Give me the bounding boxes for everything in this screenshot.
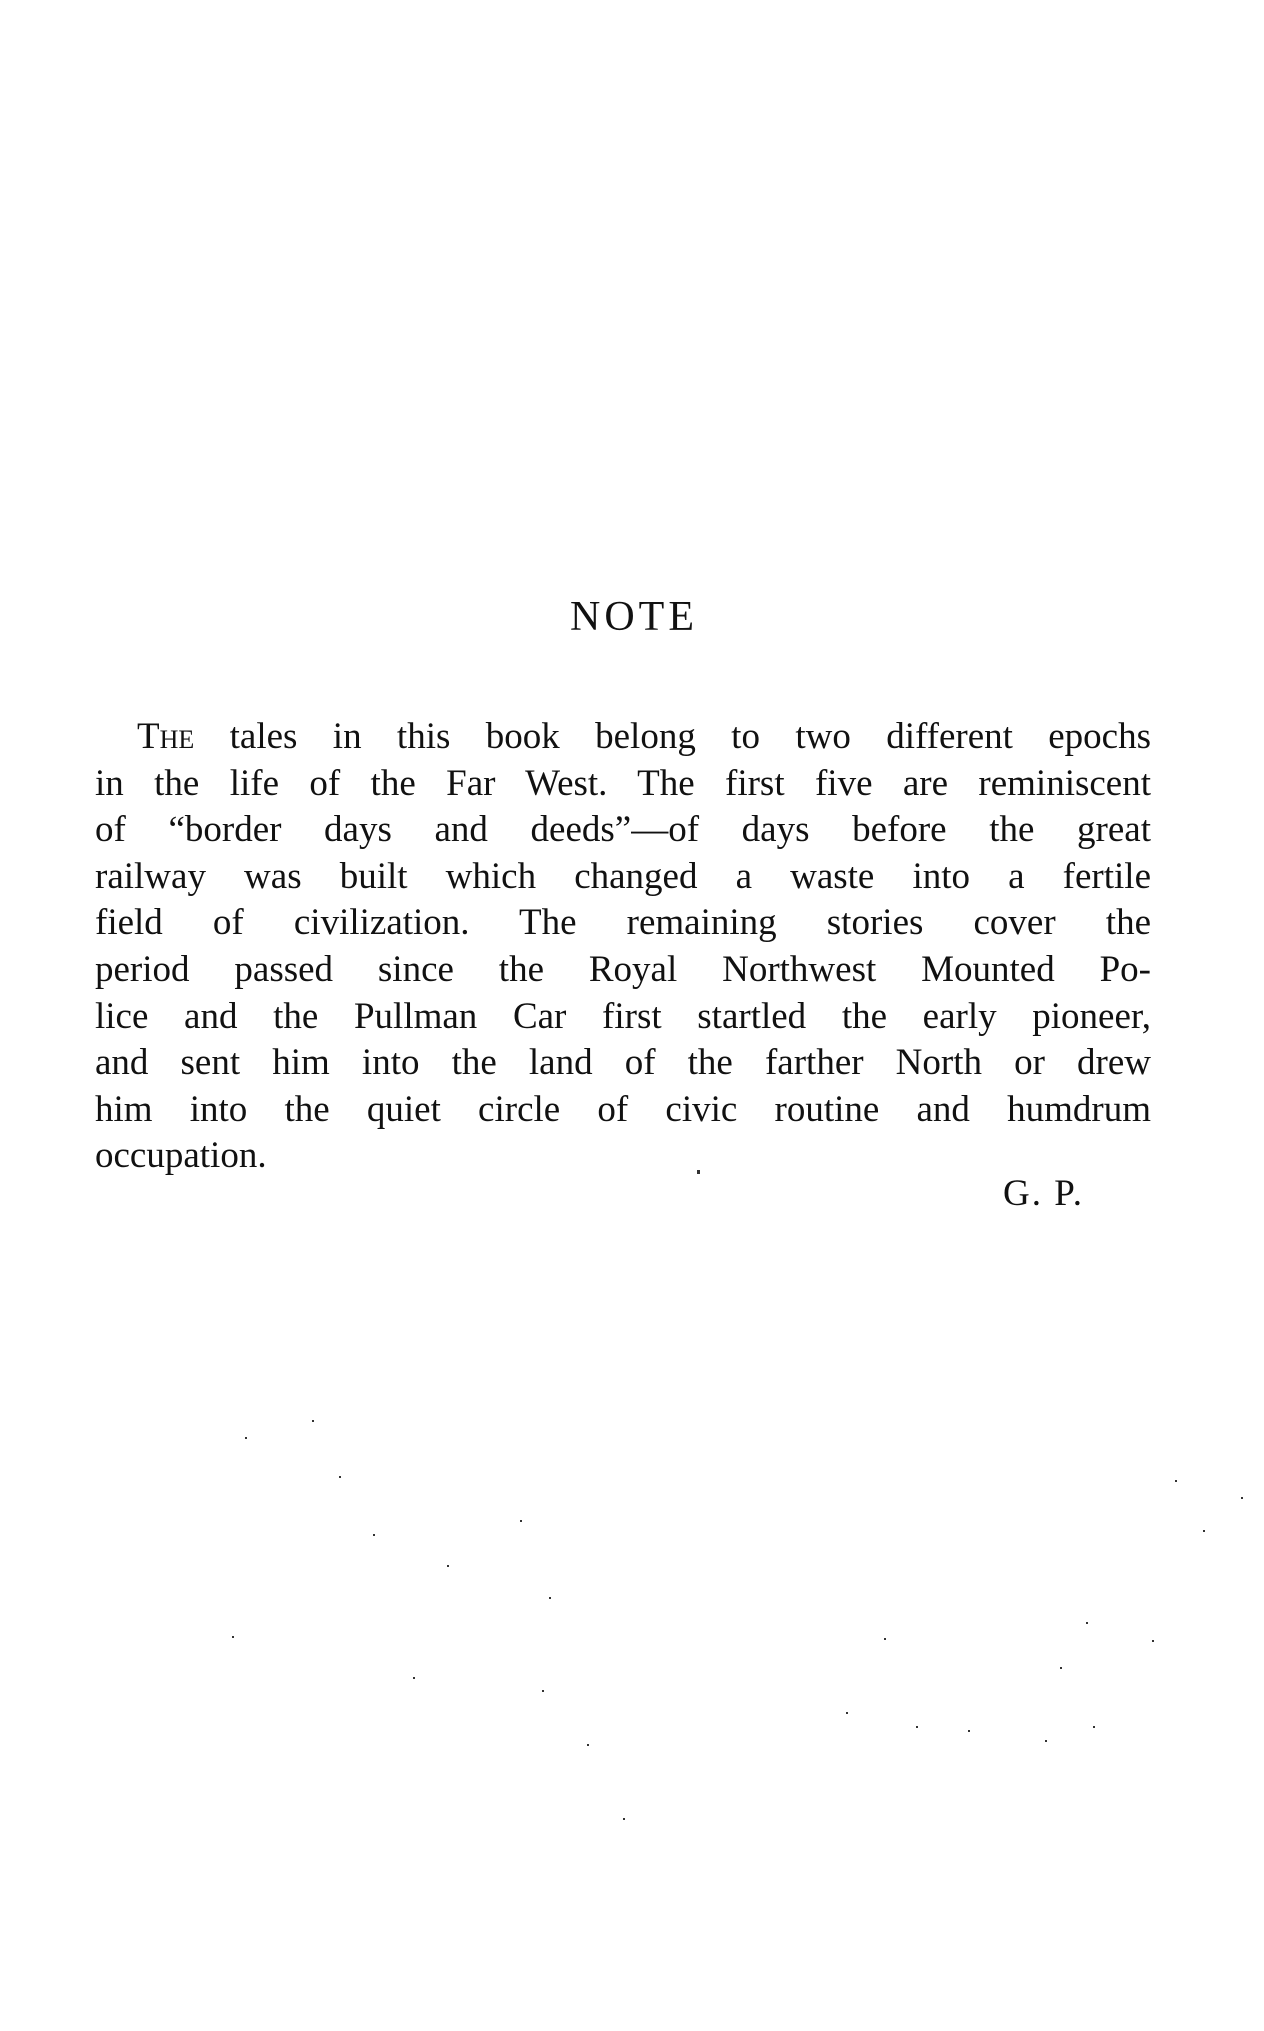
scan-speck — [413, 1677, 415, 1679]
scan-speck — [1045, 1740, 1047, 1742]
line-text: tales in this book belong to two differe… — [194, 716, 1151, 757]
lead-word-smallcaps: The — [137, 716, 194, 757]
scan-speck — [520, 1520, 522, 1522]
paragraph-line: in the life of the Far West. The first f… — [95, 761, 1151, 808]
scan-speck — [339, 1476, 341, 1478]
scan-speck — [1086, 1622, 1088, 1624]
paragraph-line: of “border days and deeds”—of days befor… — [95, 807, 1151, 854]
scan-speck — [968, 1730, 970, 1732]
note-paragraph: The tales in this book belong to two dif… — [95, 714, 1151, 1180]
scan-speck — [1093, 1726, 1095, 1728]
paragraph-line: lice and the Pullman Car first startled … — [95, 994, 1151, 1041]
paragraph-line: period passed since the Royal Northwest … — [95, 947, 1151, 994]
scan-speck — [846, 1712, 848, 1714]
scan-speck — [1175, 1480, 1177, 1482]
scan-speck — [884, 1638, 886, 1640]
paragraph-line: and sent him into the land of the farthe… — [95, 1040, 1151, 1087]
paragraph-line: occupation. — [95, 1133, 1151, 1180]
scan-speck — [245, 1437, 247, 1439]
scan-speck — [1203, 1530, 1205, 1532]
scan-speck — [373, 1534, 375, 1536]
scan-speck — [312, 1420, 314, 1422]
paragraph-line: railway was built which changed a waste … — [95, 854, 1151, 901]
scan-speck — [542, 1690, 544, 1692]
scan-speck — [447, 1565, 449, 1567]
scan-speck — [1241, 1497, 1243, 1499]
paragraph-line: field of civilization. The remaining sto… — [95, 900, 1151, 947]
author-initials: G. P. — [1003, 1171, 1084, 1217]
scan-speck — [587, 1744, 589, 1746]
scan-speck — [549, 1597, 551, 1599]
scan-speck — [916, 1726, 918, 1728]
paragraph-line: him into the quiet circle of civic routi… — [95, 1087, 1151, 1134]
scan-speck — [623, 1818, 625, 1820]
scan-speck — [697, 1170, 700, 1174]
scan-speck — [1152, 1640, 1154, 1642]
scan-speck — [232, 1636, 234, 1638]
book-page: NOTE The tales in this book belong to tw… — [0, 0, 1264, 2031]
scan-speck — [1060, 1667, 1062, 1669]
page-heading: NOTE — [0, 592, 1264, 642]
paragraph-line: The tales in this book belong to two dif… — [95, 714, 1151, 761]
